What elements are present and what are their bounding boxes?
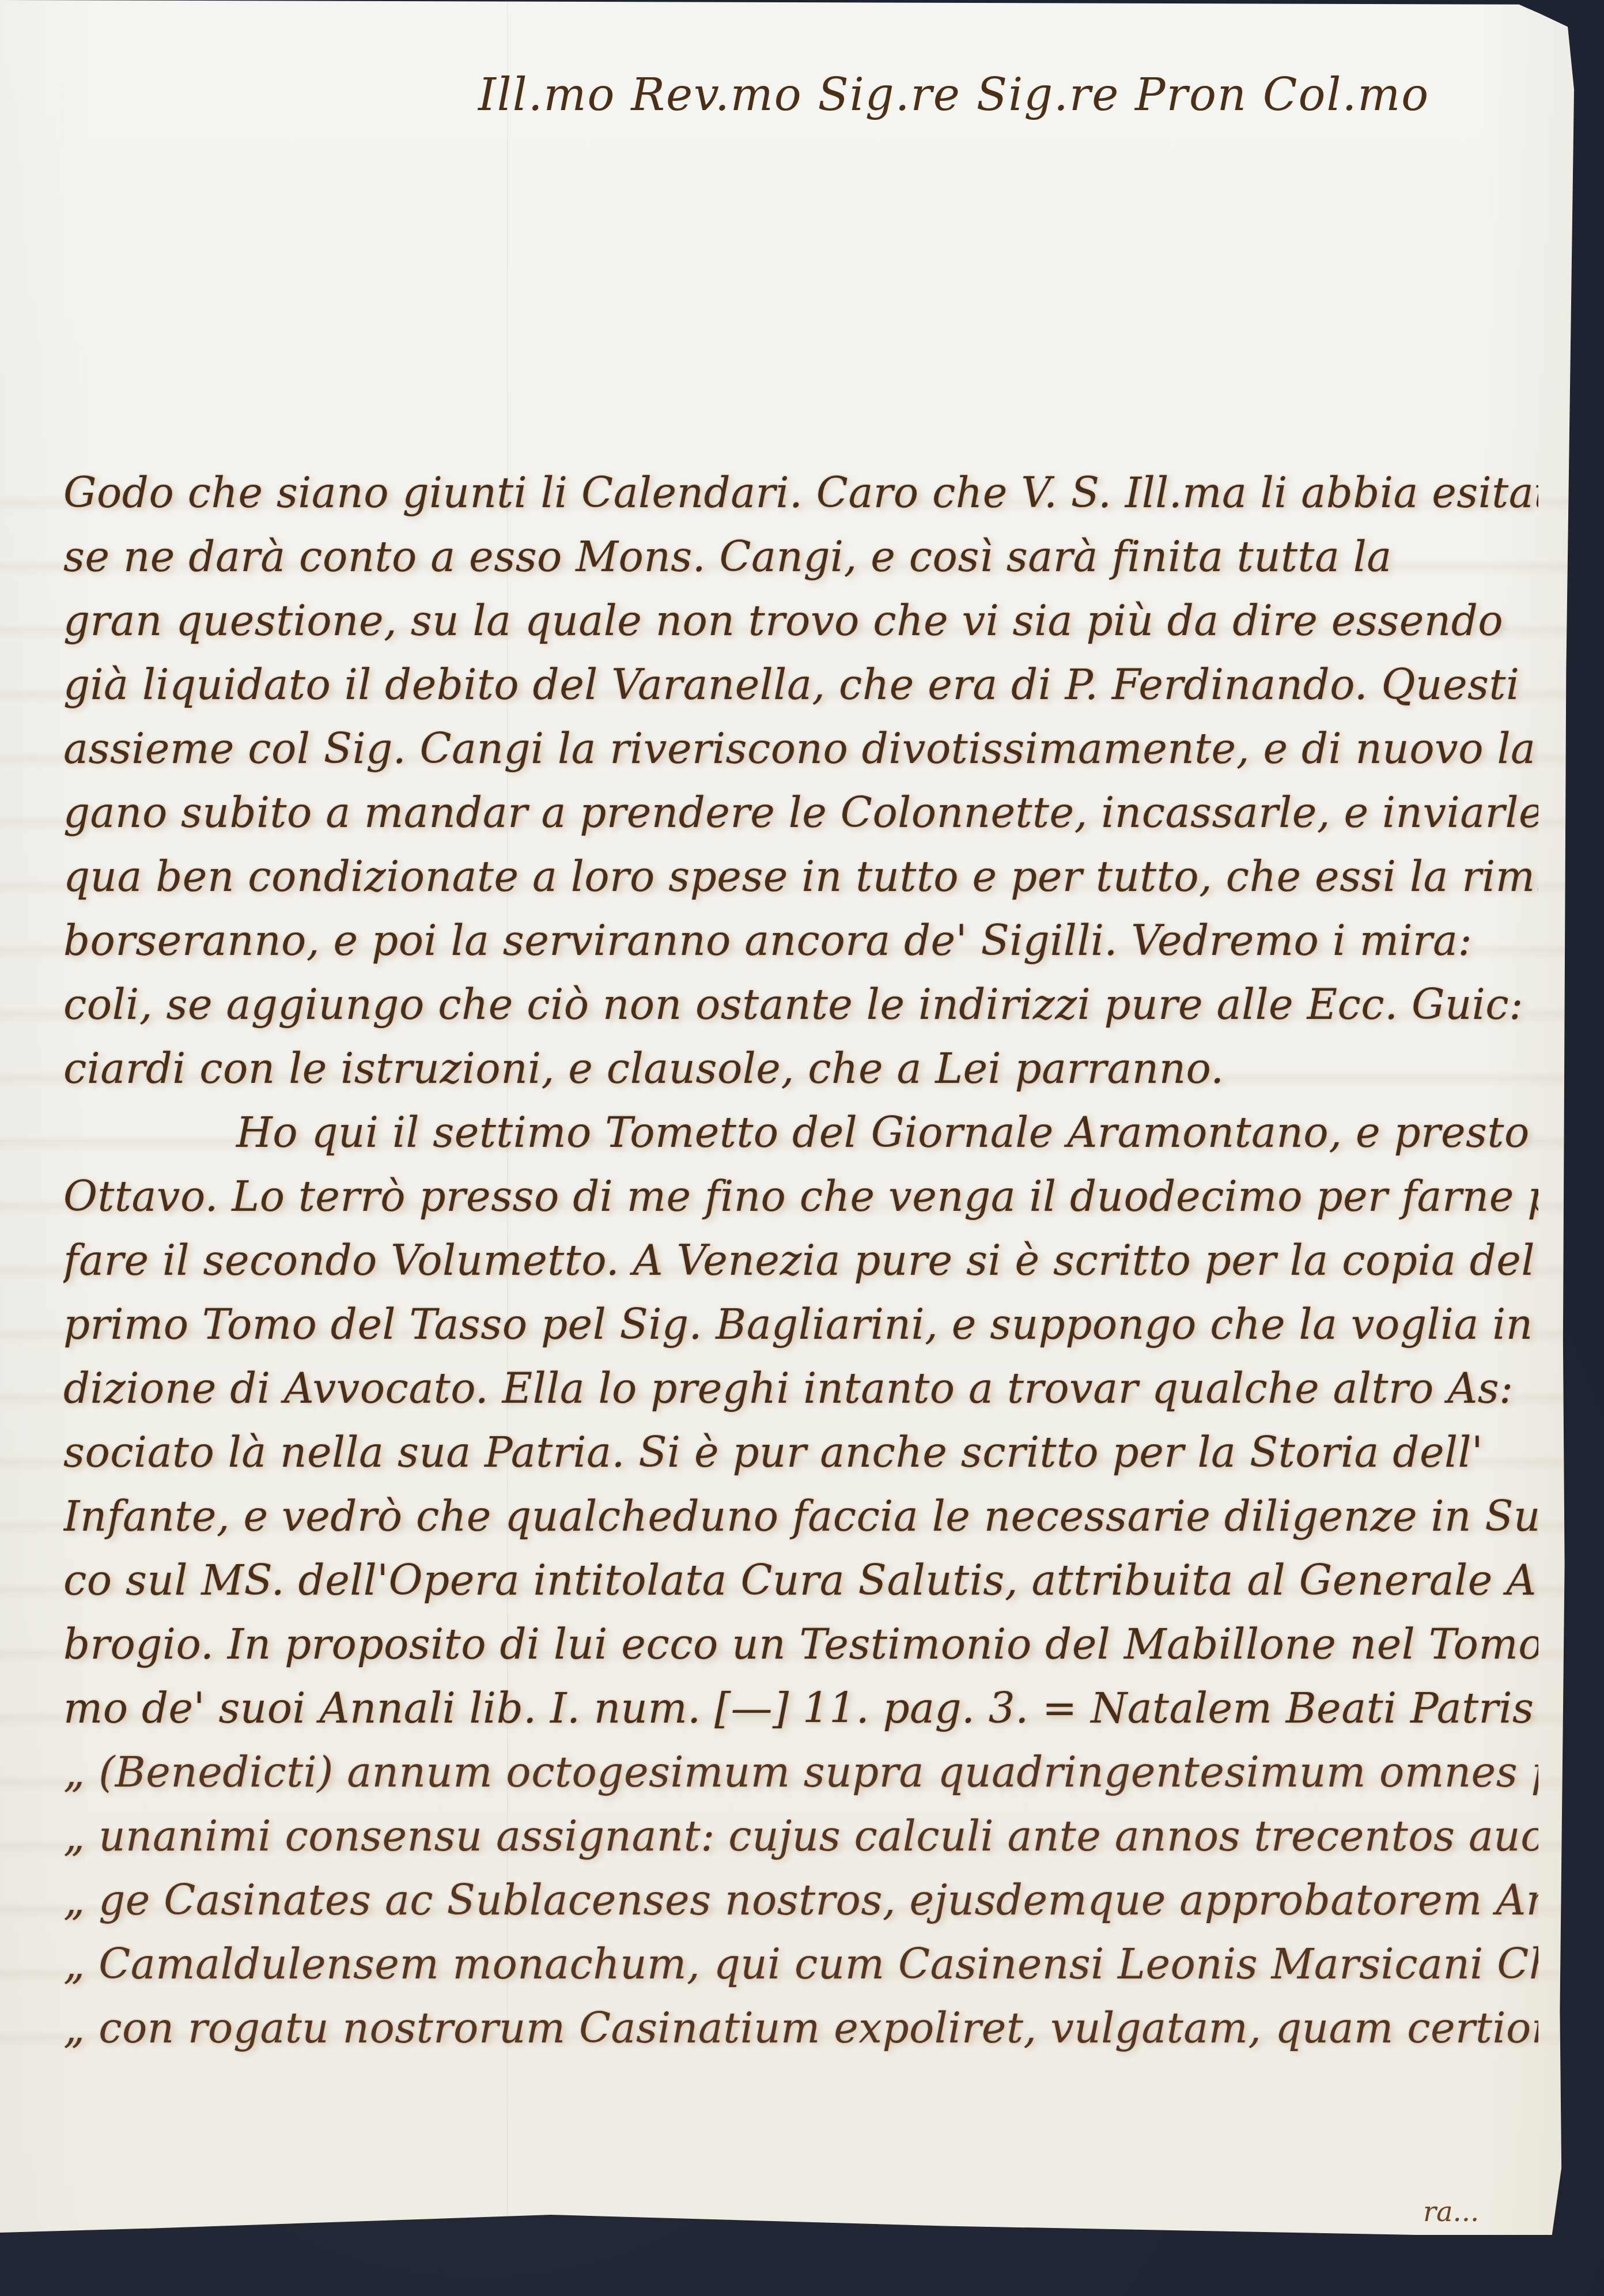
text-line: primo Tomo del Tasso pel Sig. Bagliarini… xyxy=(63,1293,1538,1357)
text-line: sociato là nella sua Patria. Si è pur an… xyxy=(63,1421,1538,1485)
text-line: qua ben condizionate a loro spese in tut… xyxy=(63,845,1538,909)
text-line: Infante, e vedrò che qualcheduno faccia … xyxy=(63,1485,1538,1549)
salutation-heading: Ill.mo Rev.mo Sig.re Sig.re Pron Col.mo xyxy=(478,69,1429,121)
catchword: ra... xyxy=(1423,2196,1479,2228)
text-line: mo de' suoi Annali lib. I. num. [—] 11. … xyxy=(63,1676,1538,1740)
latin-quote-line: „ (Benedicti) annum octogesimum supra qu… xyxy=(63,1740,1538,1804)
text-line: brogio. In proposito di lui ecco un Test… xyxy=(63,1613,1538,1676)
text-line: Ottavo. Lo terrò presso di me fino che v… xyxy=(63,1165,1538,1229)
text-line: gran questione, su la quale non trovo ch… xyxy=(63,589,1538,653)
latin-quote-line: „ con rogatu nostrorum Casinatium expoli… xyxy=(63,1996,1538,2060)
text-line: coli, se aggiungo che ciò non ostante le… xyxy=(63,973,1538,1037)
text-line: borseranno, e poi la serviranno ancora d… xyxy=(63,909,1538,973)
text-line: fare il secondo Volumetto. A Venezia pur… xyxy=(63,1229,1538,1293)
latin-quote-line: „ Camaldulensem monachum, qui cum Casine… xyxy=(63,1932,1538,1996)
text-line: ciardi con le istruzioni, e clausole, ch… xyxy=(63,1037,1538,1101)
text-line: dizione di Avvocato. Ella lo preghi inta… xyxy=(63,1357,1538,1421)
text-line: co sul MS. dell'Opera intitolata Cura Sa… xyxy=(63,1549,1538,1613)
latin-quote-line: „ unanimi consensu assignant: cujus calc… xyxy=(63,1804,1538,1868)
paragraph-start-line: Ho qui il settimo Tometto del Giornale A… xyxy=(63,1101,1538,1165)
text-line: già liquidato il debito del Varanella, c… xyxy=(63,653,1538,717)
text-line: gano subito a mandar a prendere le Colon… xyxy=(63,781,1538,845)
latin-quote-line: „ ge Casinates ac Sublacenses nostros, e… xyxy=(63,1868,1538,1932)
text-line: se ne darà conto a esso Mons. Cangi, e c… xyxy=(63,525,1538,589)
manuscript-page: Ill.mo Rev.mo Sig.re Sig.re Pron Col.mo … xyxy=(0,0,1574,2235)
letter-body: Godo che siano giunti li Calendari. Caro… xyxy=(63,461,1538,2060)
text-line: assieme col Sig. Cangi la riveriscono di… xyxy=(63,717,1538,781)
text-line: Godo che siano giunti li Calendari. Caro… xyxy=(63,461,1538,525)
